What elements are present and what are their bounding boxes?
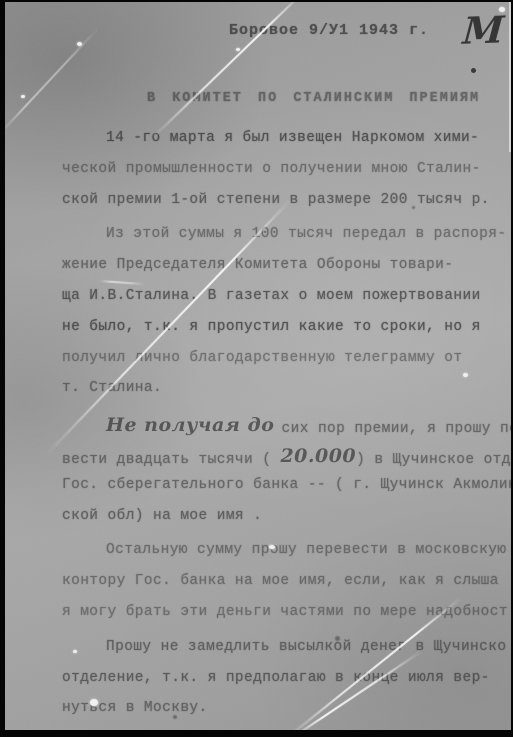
document-line: т. Сталина. — [62, 380, 511, 411]
document-line: Гос. сберегательного банка -- ( г. Щучин… — [62, 477, 511, 508]
document-line: Прошу не замедлить высылкой денег в Щучи… — [62, 639, 511, 670]
typed-text: ской премии 1-ой степени в размере 200 т… — [62, 192, 490, 208]
typed-text: Прошу не замедлить высылкой денег в Щучи… — [106, 639, 506, 655]
document-line: ческой промышленности о получении мною С… — [62, 161, 511, 192]
document-body: 14 -го марта я был извещен Наркомом хими… — [62, 130, 511, 730]
date-line: Боровое 9/У1 1943 г. — [229, 22, 429, 39]
typed-text: получил лично благодарственную телеграмм… — [62, 350, 462, 366]
typed-text: контору Гос. банка на мое имя, если, как… — [62, 573, 499, 589]
typed-text: жение Председателя Комитета Обороны това… — [62, 257, 453, 273]
typed-text: отделение, т.к. я предполагаю в конце ию… — [62, 670, 490, 686]
document-line: Не получая до сих пор премии, я прошу пе… — [62, 415, 511, 446]
typed-text: Из этой суммы я 100 тысяч передал в расп… — [106, 226, 506, 242]
document-page: Боровое 9/У1 1943 г. В КОМИТЕТ ПО СТАЛИН… — [5, 2, 511, 730]
typed-text: ) в Щучинское отд — [356, 452, 511, 468]
handwritten-text: 20.000 — [280, 445, 356, 467]
document-line: ской премии 1-ой степени в размере 200 т… — [62, 192, 511, 223]
document-line: я могу брать эти деньги частями по мере … — [62, 604, 511, 635]
handwritten-text: Не получая до — [106, 414, 282, 436]
typed-text: я могу брать эти деньги частями по мере … — [62, 604, 508, 620]
typed-text: не было, т.к. я пропустил какие то сроки… — [62, 319, 481, 335]
document-line: ской обл) на мое имя . — [62, 508, 511, 539]
document-line: ща И.В.Сталина. В газетах о моем пожертв… — [62, 288, 511, 319]
typed-text: сих пор премии, я прошу пере- — [282, 421, 511, 437]
document-line: Остальную сумму прошу перевести в москов… — [62, 542, 511, 573]
handwritten-mark: М — [461, 7, 505, 52]
typed-text: нуться в Москву. — [62, 700, 208, 716]
typed-text: т. Сталина. — [62, 380, 162, 396]
scanned-photo-frame: Боровое 9/У1 1943 г. В КОМИТЕТ ПО СТАЛИН… — [0, 0, 513, 737]
typeset-layer: Боровое 9/У1 1943 г. В КОМИТЕТ ПО СТАЛИН… — [5, 2, 511, 730]
ink-dot — [471, 68, 476, 73]
document-title: В КОМИТЕТ ПО СТАЛИНСКИМ ПРЕМИЯМ — [147, 91, 480, 106]
typed-text: ской обл) на мое имя . — [62, 508, 262, 524]
document-line: получил лично благодарственную телеграмм… — [62, 350, 511, 381]
document-line: вести двадцать тысячи ( 20.000) в Щучинс… — [62, 446, 511, 477]
document-line: контору Гос. банка на мое имя, если, как… — [62, 573, 511, 604]
typed-text: вести двадцать тысячи ( — [62, 452, 280, 468]
document-line: 14 -го марта я был извещен Наркомом хими… — [62, 130, 511, 161]
document-line: нуться в Москву. — [62, 700, 511, 730]
typed-text: 14 -го марта я был извещен Наркомом хими… — [106, 130, 479, 146]
typed-text: ческой промышленности о получении мною С… — [62, 161, 481, 177]
document-line: не было, т.к. я пропустил какие то сроки… — [62, 319, 511, 350]
document-line: жение Председателя Комитета Обороны това… — [62, 257, 511, 288]
document-line: Из этой суммы я 100 тысяч передал в расп… — [62, 226, 511, 257]
typed-text: Остальную сумму прошу перевести в москов… — [106, 542, 506, 558]
typed-text: ща И.В.Сталина. В газетах о моем пожертв… — [62, 288, 481, 304]
typed-text: Гос. сберегательного банка -- ( г. Щучин… — [62, 477, 511, 493]
document-line: отделение, т.к. я предполагаю в конце ию… — [62, 670, 511, 701]
